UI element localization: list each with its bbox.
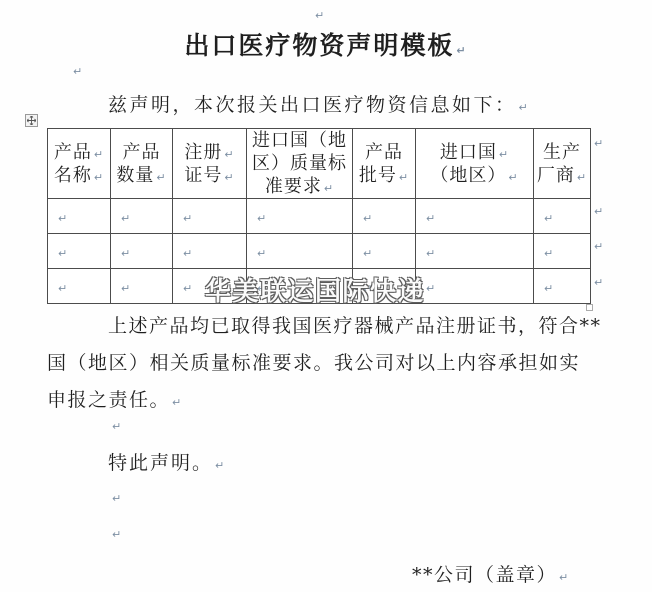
paragraph-mark-icon: ↵: [594, 277, 603, 288]
declaration-paragraph: 上述产品均已取得我国医疗器械产品注册证书，符合** 国（地区）相关质量标准要求。…: [47, 308, 607, 419]
paragraph-mark-icon: ↵: [324, 182, 334, 195]
closing-paragraph: 特此声明。↵: [47, 448, 226, 475]
column-header-registration-number: 注册↵证号↵: [173, 129, 247, 199]
paragraph-mark-icon: ↵: [594, 241, 603, 252]
table-cell-r1-import-country-region[interactable]: ↵: [416, 199, 534, 234]
column-header-text: 注册: [184, 142, 222, 163]
paragraph-mark-icon: ↵: [112, 529, 121, 540]
column-header-import-country-region: 进口国↵（地区）↵: [416, 129, 534, 199]
table-cell-r1-product-quantity[interactable]: ↵: [111, 199, 173, 234]
table-cell-r2-product-quantity[interactable]: ↵: [111, 234, 173, 269]
intro-text: 兹声明，本次报关出口医疗物资信息如下：: [108, 94, 517, 116]
column-header-text: 产品: [365, 142, 403, 163]
column-header-import-quality-standard: 进口国（地区）质量标准要求↵: [247, 129, 353, 199]
document-title: 出口医疗物资声明模板↵: [0, 26, 652, 62]
column-header-text: 名称: [54, 165, 92, 186]
paragraph-mark-icon: ↵: [58, 282, 67, 295]
paragraph-mark-icon: ↵: [426, 247, 435, 260]
paragraph-mark-icon: ↵: [426, 212, 435, 225]
table-cell-r1-product-name[interactable]: ↵: [48, 199, 111, 234]
column-header-product-quantity: 产品数量↵: [111, 129, 173, 199]
column-header-text: 生产: [543, 142, 581, 163]
column-header-text: 数量: [116, 165, 154, 186]
column-header-text: 区）质量标: [252, 153, 347, 174]
column-header-text: 准要求: [265, 176, 322, 197]
column-header-product-name: 产品↵名称↵: [48, 129, 111, 199]
paragraph-mark-icon: ↵: [58, 247, 67, 260]
table-cell-r2-manufacturer[interactable]: ↵: [534, 234, 591, 269]
column-header-text: 厂商: [537, 165, 575, 186]
document-page: ↵ 出口医疗物资声明模板↵ ↵ 兹声明，本次报关出口医疗物资信息如下：↵ 产品↵…: [0, 0, 652, 592]
column-header-text: 进口国（地: [252, 130, 347, 151]
paragraph-mark-icon: ↵: [121, 282, 130, 295]
paragraph-mark-icon: ↵: [426, 282, 435, 295]
table-row: ↵↵↵↵↵↵↵: [48, 234, 591, 269]
paragraph-mark-icon: ↵: [577, 171, 587, 184]
paragraph-mark-icon: ↵: [499, 148, 509, 161]
paragraph-mark-icon: ↵: [215, 459, 226, 472]
paragraph-mark-icon: ↵: [183, 247, 192, 260]
paragraph-mark-icon: ↵: [315, 10, 324, 21]
signature-line: **公司（盖章）↵: [412, 560, 570, 587]
paragraph-mark-icon: ↵: [456, 44, 467, 57]
paragraph-mark-icon: ↵: [172, 396, 183, 409]
column-header-text: 产品: [123, 142, 161, 163]
paragraph-mark-icon: ↵: [519, 101, 531, 114]
paragraph-mark-icon: ↵: [594, 206, 603, 217]
paragraph-mark-icon: ↵: [544, 282, 553, 295]
paragraph-mark-icon: ↵: [121, 212, 130, 225]
paragraph-mark-icon: ↵: [73, 66, 82, 77]
table-cell-r2-registration-number[interactable]: ↵: [173, 234, 247, 269]
table-header-row: 产品↵名称↵产品数量↵注册↵证号↵进口国（地区）质量标准要求↵产品批号↵进口国↵…: [48, 129, 591, 199]
table-cell-r1-manufacturer[interactable]: ↵: [534, 199, 591, 234]
paragraph-mark-icon: ↵: [156, 171, 166, 184]
paragraph-mark-icon: ↵: [594, 138, 603, 149]
paragraph-mark-icon: ↵: [363, 212, 372, 225]
paragraph-mark-icon: ↵: [94, 171, 104, 184]
table-cell-r3-product-name[interactable]: ↵: [48, 269, 111, 304]
paragraph-mark-icon: ↵: [224, 148, 234, 161]
declaration-line-1: 上述产品均已取得我国医疗器械产品注册证书，符合**: [47, 308, 607, 345]
paragraph-mark-icon: ↵: [183, 282, 192, 295]
paragraph-mark-icon: ↵: [183, 212, 192, 225]
closing-text: 特此声明。: [108, 452, 213, 474]
column-header-text: 批号: [359, 165, 397, 186]
table-cell-r1-registration-number[interactable]: ↵: [173, 199, 247, 234]
table-cell-r1-product-batch-number[interactable]: ↵: [353, 199, 416, 234]
paragraph-mark-icon: ↵: [112, 493, 121, 504]
column-header-text: （地区）: [430, 165, 506, 186]
signature-text: **公司（盖章）: [412, 564, 557, 586]
table-row: ↵↵↵↵↵↵↵: [48, 199, 591, 234]
declaration-line-2: 国（地区）相关质量标准要求。我公司对以上内容承担如实: [47, 345, 607, 382]
column-header-text: 产品: [54, 142, 92, 163]
paragraph-mark-icon: ↵: [112, 421, 121, 432]
table-move-handle-icon[interactable]: [25, 114, 38, 127]
column-header-text: 证号: [184, 165, 222, 186]
paragraph-mark-icon: ↵: [544, 247, 553, 260]
paragraph-mark-icon: ↵: [257, 247, 266, 260]
paragraph-mark-icon: ↵: [508, 171, 518, 184]
four-way-arrow-icon: [27, 116, 36, 125]
paragraph-mark-icon: ↵: [363, 247, 372, 260]
table-cell-r3-manufacturer[interactable]: ↵: [534, 269, 591, 304]
paragraph-mark-icon: ↵: [559, 571, 570, 584]
declaration-line-3: 申报之责任。↵: [47, 382, 607, 419]
table-cell-r3-import-country-region[interactable]: ↵: [416, 269, 534, 304]
table-cell-r2-product-name[interactable]: ↵: [48, 234, 111, 269]
table-cell-r1-import-quality-standard[interactable]: ↵: [247, 199, 353, 234]
paragraph-mark-icon: ↵: [94, 148, 104, 161]
column-header-product-batch-number: 产品批号↵: [353, 129, 416, 199]
column-header-manufacturer: 生产厂商↵: [534, 129, 591, 199]
paragraph-mark-icon: ↵: [257, 212, 266, 225]
paragraph-mark-icon: ↵: [544, 212, 553, 225]
column-header-text: 进口国: [440, 142, 497, 163]
table-cell-r2-import-country-region[interactable]: ↵: [416, 234, 534, 269]
intro-paragraph: 兹声明，本次报关出口医疗物资信息如下：↵: [47, 90, 530, 117]
paragraph-mark-icon: ↵: [121, 247, 130, 260]
table-cell-r2-import-quality-standard[interactable]: ↵: [247, 234, 353, 269]
paragraph-mark-icon: ↵: [224, 171, 234, 184]
table-cell-r2-product-batch-number[interactable]: ↵: [353, 234, 416, 269]
document-title-text: 出口医疗物资声明模板: [184, 31, 454, 60]
paragraph-mark-icon: ↵: [58, 212, 67, 225]
paragraph-mark-icon: ↵: [399, 171, 409, 184]
watermark-text: 华美联运国际快递: [205, 271, 425, 308]
table-cell-r3-product-quantity[interactable]: ↵: [111, 269, 173, 304]
